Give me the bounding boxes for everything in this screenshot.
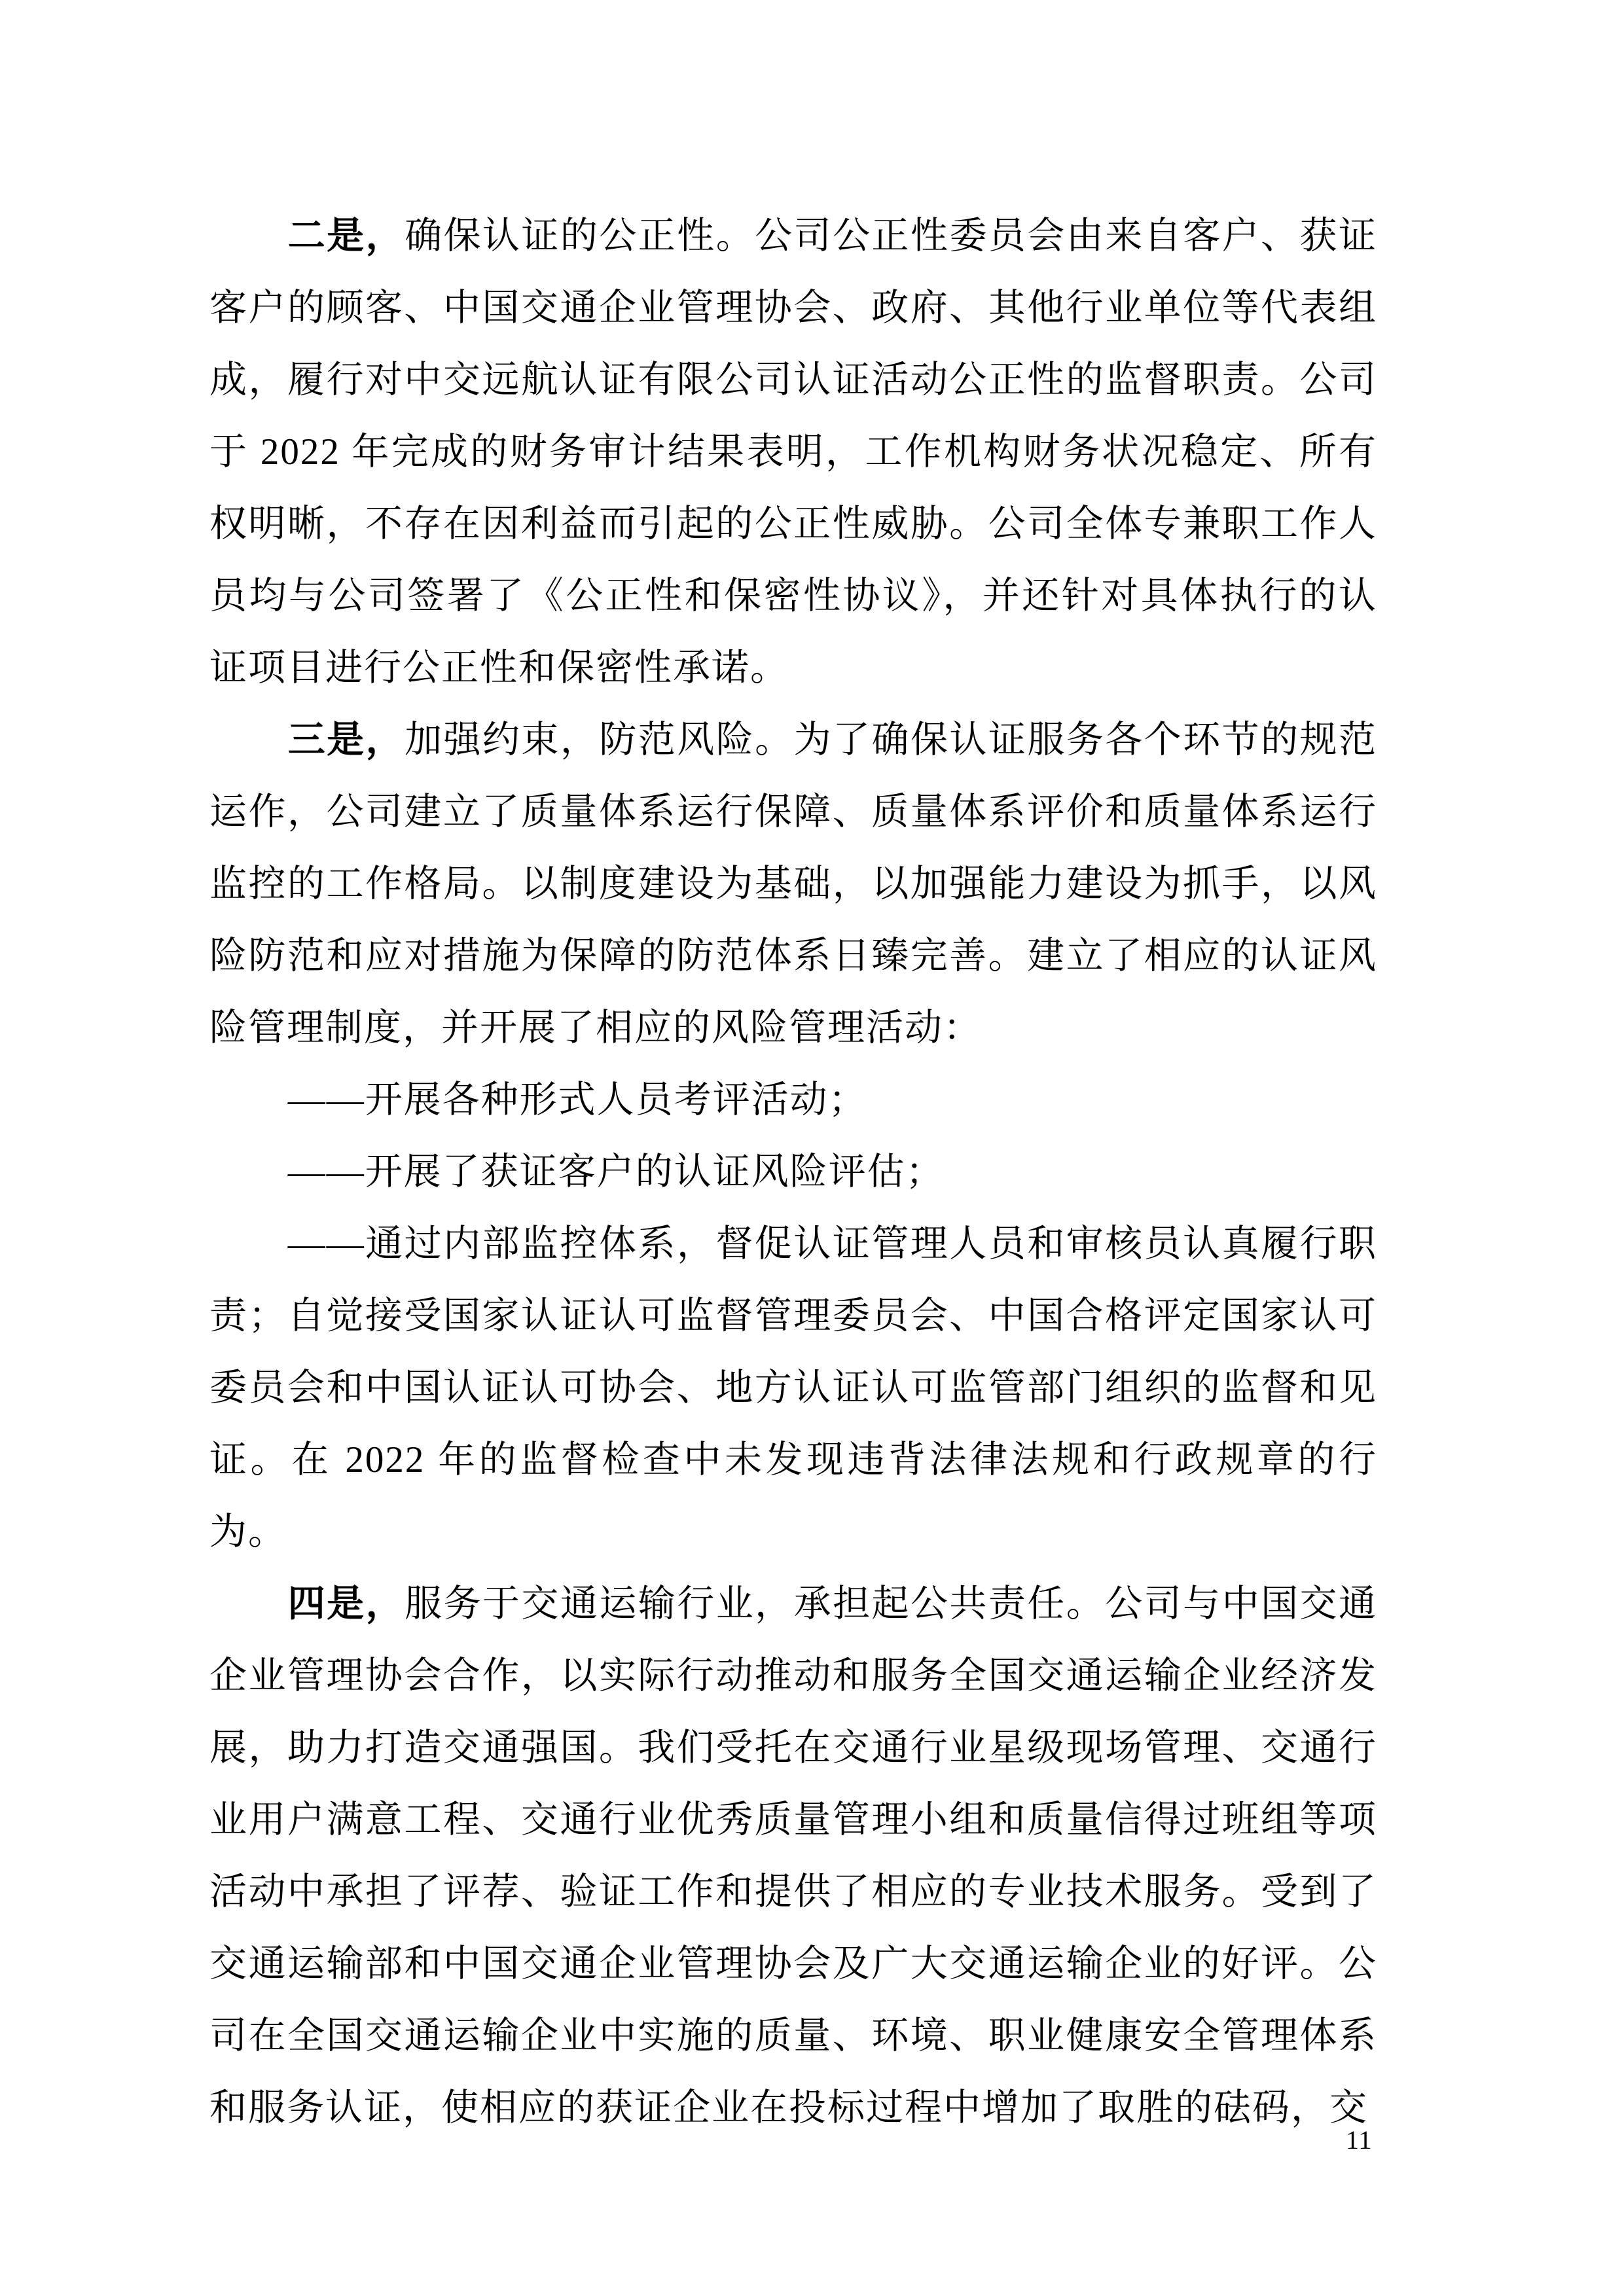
paragraph-lead-run: 四是， — [288, 1583, 405, 1624]
paragraph-text-run: 服务于交通运输行业，承担起公共责任。公司与中国交通企业管理协会合作，以实际行动推… — [209, 1583, 1377, 2128]
page-number: 11 — [1346, 2126, 1385, 2155]
paragraph-text-run: ——通过内部监控体系，督促认证管理人员和审核员认真履行职责；自觉接受国家认证认可… — [209, 1223, 1377, 1552]
paragraph-text-run: 确保认证的公正性。公司公正性委员会由来自客户、获证客户的顾客、中国交通企业管理协… — [209, 215, 1377, 689]
paragraph-lead-run: 三是， — [288, 719, 405, 761]
paragraph-4th-point: 四是，服务于交通运输行业，承担起公共责任。公司与中国交通企业管理协会合作，以实际… — [209, 1568, 1377, 2144]
paragraph-text-run: ——开展了获证客户的认证风险评估； — [288, 1151, 945, 1193]
paragraph-text-run: 加强约束，防范风险。为了确保认证服务各个环节的规范运作，公司建立了质量体系运行保… — [209, 719, 1377, 1049]
list-item-dash-3: ——通过内部监控体系，督促认证管理人员和审核员认真履行职责；自觉接受国家认证认可… — [209, 1208, 1377, 1568]
paragraph-3rd-point: 三是，加强约束，防范风险。为了确保认证服务各个环节的规范运作，公司建立了质量体系… — [209, 704, 1377, 1064]
document-body: 二是，确保认证的公正性。公司公正性委员会由来自客户、获证客户的顾客、中国交通企业… — [209, 200, 1377, 2144]
paragraph-text-run: ——开展各种形式人员考评活动； — [288, 1079, 867, 1121]
paragraph-lead-run: 二是， — [288, 215, 405, 257]
list-item-dash-2: ——开展了获证客户的认证风险评估； — [209, 1136, 1377, 1208]
document-page: 二是，确保认证的公正性。公司公正性委员会由来自客户、获证客户的顾客、中国交通企业… — [0, 0, 1624, 2296]
paragraph-2nd-point: 二是，确保认证的公正性。公司公正性委员会由来自客户、获证客户的顾客、中国交通企业… — [209, 200, 1377, 704]
list-item-dash-1: ——开展各种形式人员考评活动； — [209, 1064, 1377, 1136]
